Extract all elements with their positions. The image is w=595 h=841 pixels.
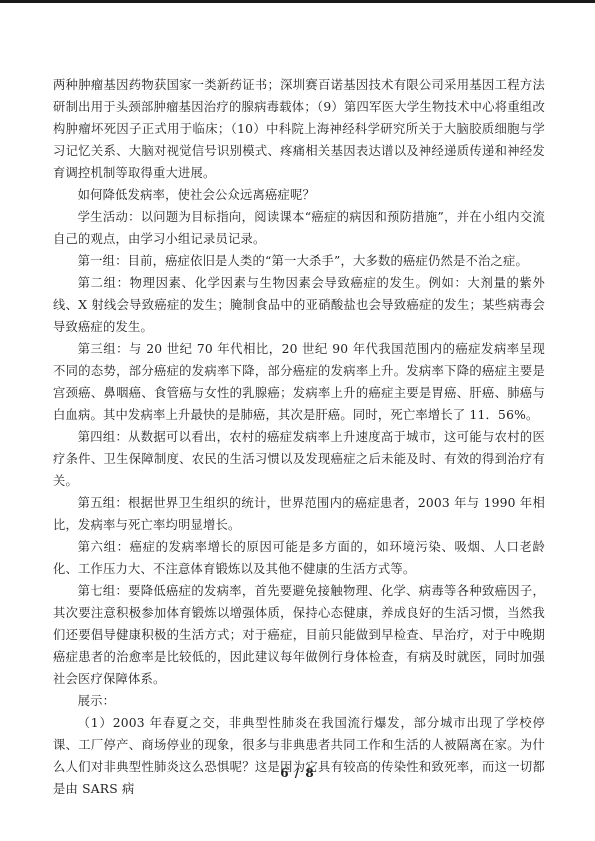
paragraph-group-2: 第二组：物理因素、化学因素与生物因素会导致癌症的发生。例如：大剂量的紫外线、X … bbox=[53, 272, 545, 338]
page-body-text: 两种肿瘤基因药物获国家一类新药证书；深圳赛百诺基因技术有限公司采用基因工程方法研… bbox=[53, 74, 545, 800]
paragraph-group-1: 第一组：目前，癌症依旧是人类的“第一大杀手”，大多数的癌症仍然是不治之症。 bbox=[53, 250, 545, 272]
document-page: 两种肿瘤基因药物获国家一类新药证书；深圳赛百诺基因技术有限公司采用基因工程方法研… bbox=[0, 0, 595, 841]
paragraph-sars-case: （1）2003 年春夏之交，非典型性肺炎在我国流行爆发，部分城市出现了学校停课、… bbox=[53, 712, 545, 800]
paragraph-group-4: 第四组：从数据可以看出，农村的癌症发病率上升速度高于城市，这可能与农村的医疗条件… bbox=[53, 426, 545, 492]
paragraph-group-3: 第三组：与 20 世纪 70 年代相比，20 世纪 90 年代我国范围内的癌症发… bbox=[53, 338, 545, 426]
paragraph-question: 如何降低发病率，使社会公众远离癌症呢？ bbox=[53, 184, 545, 206]
paragraph-group-5: 第五组：根据世界卫生组织的统计，世界范围内的癌症患者，2003 年与 1990 … bbox=[53, 492, 545, 536]
paragraph-student-activity: 学生活动：以问题为目标指向，阅读课本“癌症的病因和预防措施”，并在小组内交流自己… bbox=[53, 206, 545, 250]
paragraph-group-7: 第七组：要降低癌症的发病率，首先要避免接触物理、化学、病毒等各种致癌因子，其次要… bbox=[53, 580, 545, 690]
paragraph-display-heading: 展示： bbox=[53, 690, 545, 712]
paragraph-continuation: 两种肿瘤基因药物获国家一类新药证书；深圳赛百诺基因技术有限公司采用基因工程方法研… bbox=[53, 74, 545, 184]
page-top-edge-divider bbox=[0, 0, 595, 3]
paragraph-group-6: 第六组：癌症的发病率增长的原因可能是多方面的，如环境污染、吸烟、人口老龄化、工作… bbox=[53, 536, 545, 580]
page-number: 6 / 8 bbox=[0, 766, 595, 780]
